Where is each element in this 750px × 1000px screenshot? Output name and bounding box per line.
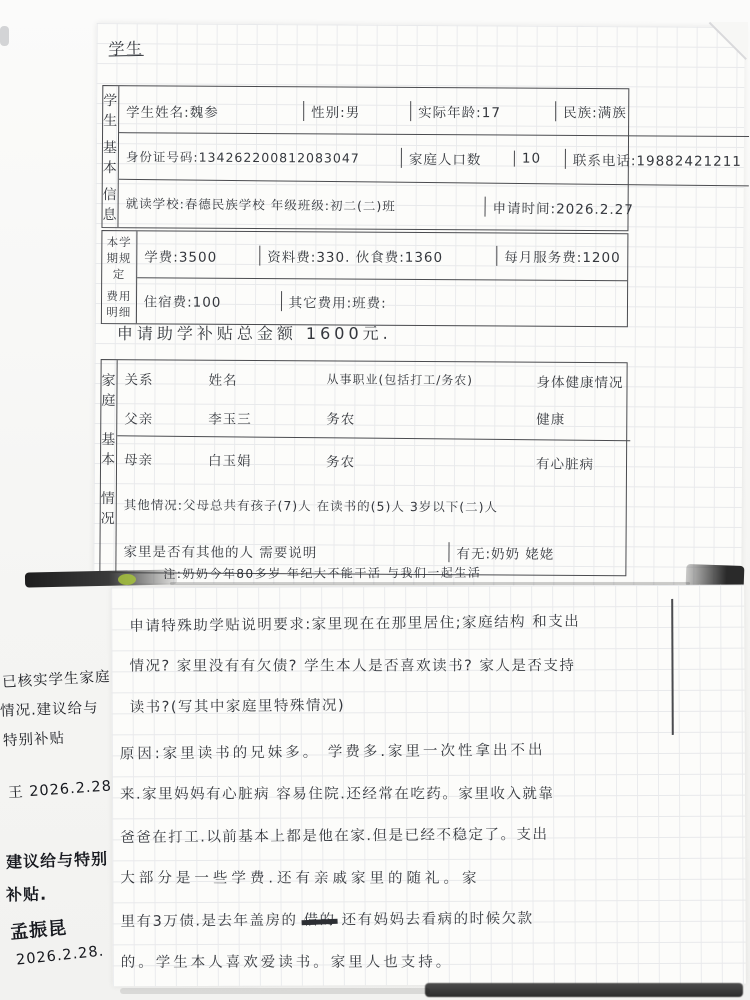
children-count-row: 其他情况:父母总共有孩子(7)人 在读书的(5)人 3岁以下(二)人: [117, 481, 630, 532]
monthly-service-fee: 每月服务费:1200: [496, 246, 627, 266]
table-row: 学费:3500 资料费:330. 伙食费:1360 每月服务费:1200: [137, 233, 627, 279]
father-name: 李玉三: [201, 407, 319, 427]
tuition-fee: 学费:3500: [137, 245, 259, 265]
dorm-fee: 住宿费:100: [137, 291, 281, 312]
application-date: 申请时间:2026.2.27: [484, 196, 640, 218]
reason-line: 爸爸在打工.以前基本上都是他在家.但是已经不稳定了。支出: [120, 827, 548, 848]
other-fee: 其它费用:班费:: [281, 291, 394, 312]
review-note-a-line: 特别补贴: [3, 727, 66, 751]
mother-relation: 母亲: [117, 448, 201, 469]
tape-shadow-left: [25, 569, 177, 587]
student-info-table: 学生 基本 信息 学生姓名:魏参 性别:男 实际年龄:17 民族:满族 身份证号…: [101, 85, 629, 231]
father-health: 健康: [529, 408, 572, 428]
label-line: 费用明细: [102, 288, 136, 320]
mother-name: 白玉娟: [201, 449, 319, 470]
student-name: 学生姓名:魏参: [119, 101, 303, 121]
prompt-line: 读书?(写其中家庭里特殊情况): [130, 698, 346, 717]
student-id-number: 身份证号码:134262200812083047: [119, 148, 401, 168]
col-relation: 关系: [117, 368, 201, 389]
reason-line: 原因:家里读书的兄妹多。 学费多.家里一次性拿出不出: [120, 742, 546, 763]
mother-health: 有心脏病: [529, 452, 601, 473]
col-occupation: 从事职业(包括打工/务农): [319, 371, 529, 389]
label-line: 本学期规定: [102, 234, 136, 282]
reason-text: 还有妈妈去看病的时候欠款: [342, 911, 534, 929]
material-meal-fee: 资料费:330. 伙食费:1360: [259, 245, 496, 265]
col-health: 身体健康情况: [529, 371, 630, 392]
col-name: 姓名: [201, 369, 319, 390]
household-size-label: 家庭人口数: [401, 148, 514, 169]
subsidy-total-line: 申请助学补贴总金额 1600元.: [117, 324, 392, 343]
review-note-b-line: 建议给与特别: [6, 846, 109, 873]
children-count-line: 其他情况:父母总共有孩子(7)人 在读书的(5)人 3岁以下(二)人: [117, 495, 505, 515]
label-line: 基本: [103, 137, 118, 177]
label-line: 基本: [101, 429, 116, 469]
student-age: 实际年龄:17: [410, 101, 555, 121]
right-margin-line: [671, 599, 673, 735]
elder-detail-line: 注:奶奶今年80多岁 年纪大不能干活 与我们一起生活: [163, 566, 481, 582]
reason-line: 大部分是一些学费.还有亲戚家里的随礼。家: [120, 870, 480, 888]
label-line: 情况: [101, 488, 116, 528]
bottom-scan-shadow-faint: [120, 988, 430, 994]
upper-sheet: 学生 学生 基本 信息 学生姓名:魏参 性别:男 实际年龄:17 民族:满族 身…: [93, 23, 744, 587]
student-gender: 性别:男: [303, 101, 410, 121]
scanner-edge-mark: [0, 26, 9, 46]
mother-occupation: 务农: [319, 450, 529, 472]
student-info-table-label: 学生 基本 信息: [102, 86, 119, 227]
struck-out-text: 借的: [303, 912, 335, 928]
school-and-class: 就读学校:春德民族学校 年级班级:初二(二)班: [119, 194, 485, 216]
page-header: 学生: [108, 39, 143, 59]
household-size-value: 10: [514, 151, 565, 167]
label-line: 家庭: [101, 370, 116, 410]
father-relation: 父亲: [117, 407, 201, 427]
prompt-line: 申请特殊助学贴说明要求:家里现在在那里居住;家庭结构 和支出: [129, 614, 580, 637]
reason-line: 来.家里妈妈有心脏病 容易住院.还经常在吃药。家里收入就靠: [120, 786, 554, 804]
father-occupation: 务农: [319, 407, 529, 427]
student-ethnicity: 民族:满族: [555, 101, 634, 121]
review-note-b-line: 补贴.: [6, 882, 47, 906]
family-row-father: 父亲 李玉三 务农 健康: [117, 397, 630, 437]
fees-table-label: 本学期规定 费用明细: [102, 231, 137, 323]
family-header-row: 关系 姓名 从事职业(包括打工/务农) 身体健康情况: [117, 360, 630, 399]
review-note-b-signature: 孟振昆: [9, 914, 68, 945]
label-line: 信息: [102, 184, 117, 224]
table-row: 就读学校:春德民族学校 年级班级:初二(二)班 申请时间:2026.2.27: [118, 178, 748, 232]
lower-sheet: 申请特殊助学贴说明要求:家里现在在那里居住;家庭结构 和支出 情况? 家里没有有…: [111, 585, 746, 987]
table-row: 身份证号码:134262200812083047 家庭人口数 10 联系电话:1…: [119, 132, 749, 183]
table-row: 住宿费:100 其它费用:班费:: [136, 277, 627, 326]
reason-line-with-strike: 里有3万债.是去年盖房的 借的 还有妈妈去看病的时候欠款: [121, 911, 534, 932]
family-table: 家庭 基本 情况 关系 姓名 从事职业(包括打工/务农) 身体健康情况 父亲 李…: [99, 359, 627, 576]
reason-line: 的。学生本人喜欢爱读书。家里人也支持。: [121, 954, 454, 972]
reason-text: 里有3万债.是去年盖房的: [121, 913, 298, 930]
highlight-smudge: [118, 574, 136, 585]
family-row-mother: 母亲 白玉娟 务农 有心脏病: [117, 435, 630, 485]
review-note-a-line: 情况.建议给与: [0, 696, 99, 720]
elder-question: 家里是否有其他的人 需要说明: [116, 540, 448, 562]
label-line: 学生: [103, 90, 118, 130]
prompt-line: 情况? 家里没有有欠债? 学生本人是否喜欢读书? 家人是否支持: [129, 658, 575, 676]
elder-answer: 有无:奶奶 姥姥: [448, 542, 561, 563]
family-table-label: 家庭 基本 情况: [100, 360, 117, 572]
fees-table: 本学期规定 费用明细 学费:3500 资料费:330. 伙食费:1360 每月服…: [101, 230, 629, 327]
contact-phone: 联系电话:19882421211: [565, 149, 749, 170]
table-row: 学生姓名:魏参 性别:男 实际年龄:17 民族:满族: [119, 88, 749, 135]
bottom-scan-shadow: [425, 983, 743, 997]
